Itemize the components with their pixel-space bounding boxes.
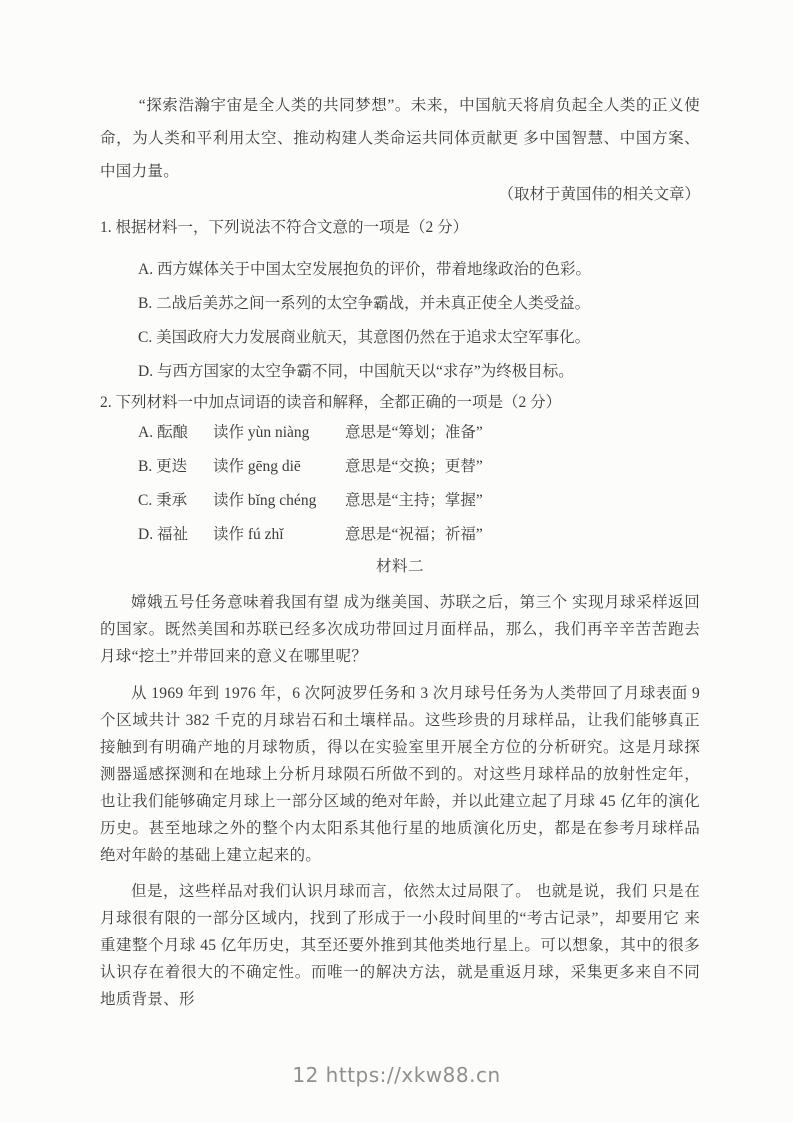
question-1-option-c: C. 美国政府大力发展商业航天，其意图仍然在于追求太空军事化。: [138, 321, 700, 355]
option-meaning: 意思是“交换；更替”: [345, 450, 700, 484]
question-2-option-c: C. 秉承 读作 bǐng chéng 意思是“主持；掌握”: [138, 484, 700, 518]
question-2-option-a: A. 酝酿 读作 yùn niàng 意思是“筹划；准备”: [138, 416, 700, 450]
question-2-option-b: B. 更迭 读作 gēng diē 意思是“交换；更替”: [138, 450, 700, 484]
material-two-paragraph-3: 但是，这些样品对我们认识月球而言，依然太过局限了。 也就是说，我们 只是在月球很…: [100, 878, 700, 1013]
option-reading: 读作 gēng diē: [213, 450, 345, 484]
exam-page: “探索浩瀚宇宙是全人类的共同梦想”。未来，中国航天将肩负起全人类的正义使命，为人…: [100, 89, 700, 1013]
option-word: D. 福祉: [138, 518, 213, 552]
option-word: A. 酝酿: [138, 416, 213, 450]
material-two-paragraph-2: 从 1969 年到 1976 年，6 次阿波罗任务和 3 次月球号任务为人类带回…: [100, 680, 700, 869]
question-1-stem: 1. 根据材料一，下列说法不符合文意的一项是（2 分）: [100, 211, 700, 244]
material-two-paragraph-1: 嫦娥五号任务意味着我国有望 成为继美国、苏联之后，第三个 实现月球采样返回的国家…: [100, 589, 700, 670]
option-reading: 读作 fú zhǐ: [213, 518, 345, 552]
question-1-option-a: A. 西方媒体关于中国太空发展抱负的评价，带着地缘政治的色彩。: [138, 253, 700, 287]
intro-paragraph: “探索浩瀚宇宙是全人类的共同梦想”。未来，中国航天将肩负起全人类的正义使命，为人…: [100, 89, 700, 188]
source-attribution: （取材于黄国伟的相关文章）: [100, 182, 700, 208]
question-1-option-d: D. 与西方国家的太空争霸不同，中国航天以“求存”为终极目标。: [138, 355, 700, 389]
question-2-stem: 2. 下列材料一中加点词语的读音和解释，全都正确的一项是（2 分）: [100, 386, 700, 419]
option-meaning: 意思是“祝福；祈福”: [345, 518, 700, 552]
material-two-section: 材料二 嫦娥五号任务意味着我国有望 成为继美国、苏联之后，第三个 实现月球采样返…: [100, 552, 700, 1013]
question-2: 2. 下列材料一中加点词语的读音和解释，全都正确的一项是（2 分） A. 酝酿 …: [100, 386, 700, 552]
material-two-heading: 材料二: [100, 552, 700, 582]
option-word: B. 更迭: [138, 450, 213, 484]
option-word: C. 秉承: [138, 484, 213, 518]
option-meaning: 意思是“筹划；准备”: [345, 416, 700, 450]
question-2-options: A. 酝酿 读作 yùn niàng 意思是“筹划；准备” B. 更迭 读作 g…: [100, 416, 700, 552]
option-reading: 读作 bǐng chéng: [213, 484, 345, 518]
question-2-option-d: D. 福祉 读作 fú zhǐ 意思是“祝福；祈福”: [138, 518, 700, 552]
question-1-option-b: B. 二战后美苏之间一系列的太空争霸战，并未真正使全人类受益。: [138, 287, 700, 321]
question-1-options: A. 西方媒体关于中国太空发展抱负的评价，带着地缘政治的色彩。 B. 二战后美苏…: [100, 253, 700, 389]
question-1: 1. 根据材料一，下列说法不符合文意的一项是（2 分） A. 西方媒体关于中国太…: [100, 211, 700, 389]
page-footer: 12 https://xkw88.cn: [0, 1060, 793, 1090]
option-meaning: 意思是“主持；掌握”: [345, 484, 700, 518]
option-reading: 读作 yùn niàng: [213, 416, 345, 450]
